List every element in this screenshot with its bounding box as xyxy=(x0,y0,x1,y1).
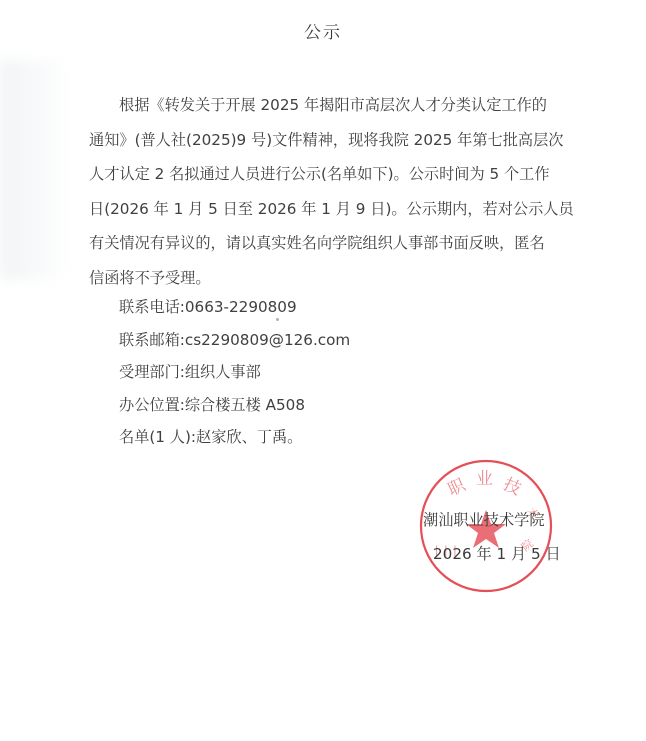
paragraph-line: 根据《转发关于开展 2025 年揭阳市高层次人才分类认定工作的 xyxy=(89,88,559,123)
contact-email: 联系邮箱:cs2290809@126.com xyxy=(119,324,350,357)
document-page: 公示 根据《转发关于开展 2025 年揭阳市高层次人才分类认定工作的 通知》(普… xyxy=(0,0,646,741)
scan-shadow xyxy=(0,60,70,280)
svg-text:职: 职 xyxy=(445,475,470,501)
contact-info: 联系电话:0663-2290809 联系邮箱:cs2290809@126.com… xyxy=(119,291,350,454)
signature-organization: 潮汕职业技术学院 xyxy=(423,503,561,537)
paragraph-line: 有关情况有异议的，请以真实姓名向学院组织人事部书面反映，匿名 xyxy=(89,226,559,261)
name-list: 名单(1 人):赵家欣、丁禹。 xyxy=(119,421,350,454)
page-title: 公示 xyxy=(0,18,646,43)
signature-block: 潮汕职业技术学院 2026 年 1 月 5 日 xyxy=(423,503,561,571)
paragraph-line: 信函将不予受理。 xyxy=(89,261,559,296)
paragraph-line: 人才认定 2 名拟通过人员进行公示(名单如下)。公示时间为 5 个工作 xyxy=(89,157,559,192)
paragraph-line: 通知》(普人社(2025)9 号)文件精神，现将我院 2025 年第七批高层次 xyxy=(89,123,559,158)
signature-date: 2026 年 1 月 5 日 xyxy=(423,537,561,571)
scan-speck xyxy=(276,318,279,321)
contact-office: 办公位置:综合楼五楼 A508 xyxy=(119,389,350,422)
contact-department: 受理部门:组织人事部 xyxy=(119,356,350,389)
svg-text:技: 技 xyxy=(500,474,524,499)
announcement-paragraph: 根据《转发关于开展 2025 年揭阳市高层次人才分类认定工作的 通知》(普人社(… xyxy=(89,88,559,295)
svg-text:业: 业 xyxy=(476,469,493,489)
paragraph-line: 日(2026 年 1 月 5 日至 2026 年 1 月 9 日)。公示期内，若… xyxy=(89,192,559,227)
contact-phone: 联系电话:0663-2290809 xyxy=(119,291,350,324)
